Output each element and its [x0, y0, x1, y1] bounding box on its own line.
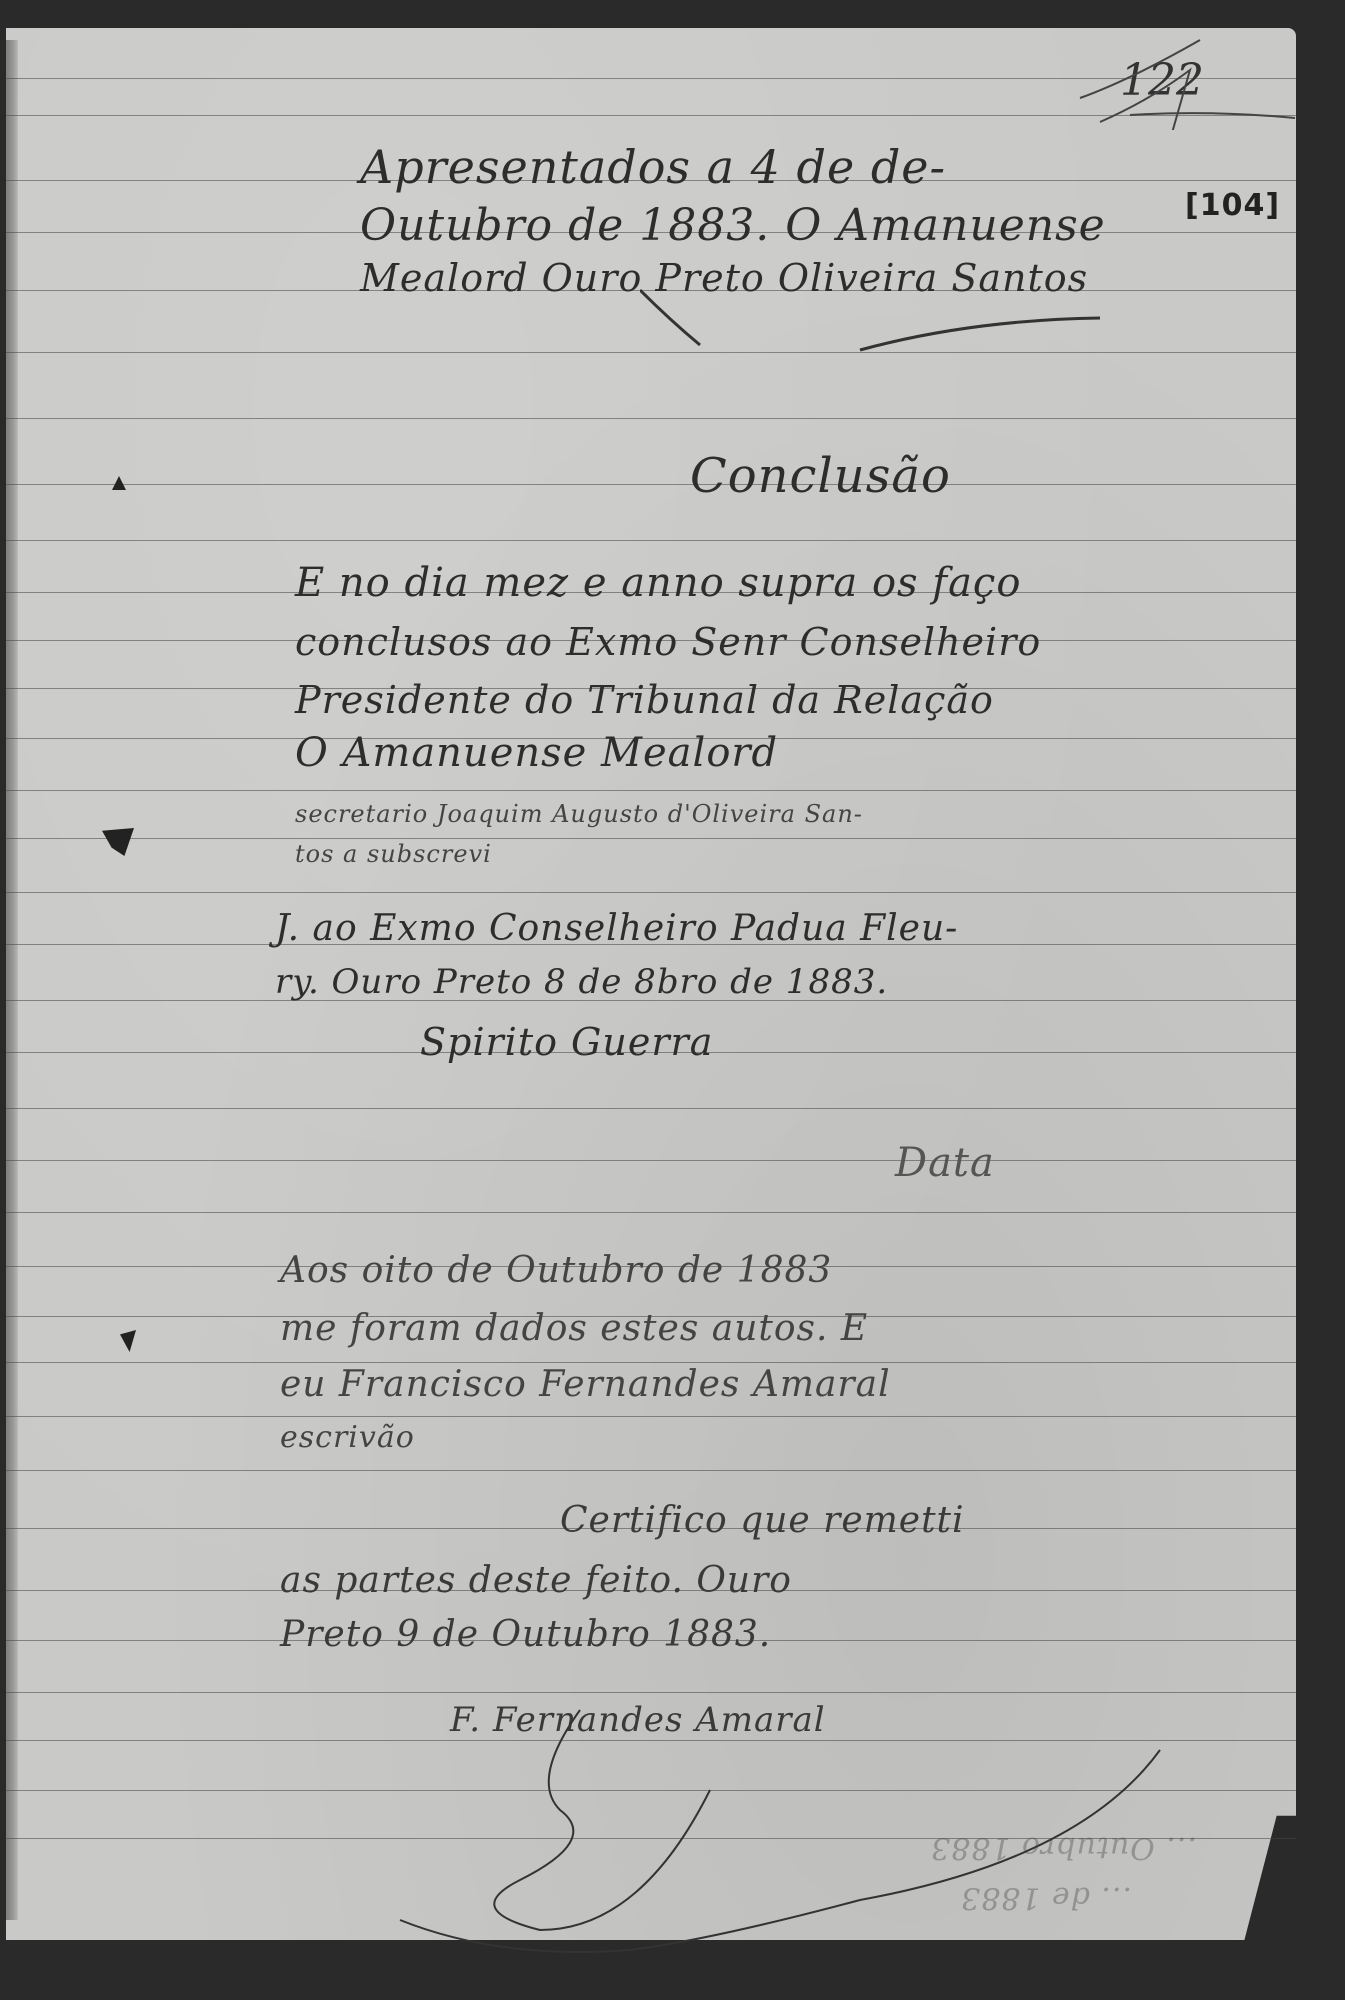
conclusao-line-1: E no dia mez e anno supra os faço — [295, 560, 1021, 606]
certidao-line-2: as partes deste feito. Ouro — [280, 1560, 792, 1601]
conclusao-line-3: Presidente do Tribunal da Relação — [295, 678, 994, 722]
despacho-line-1: J. ao Exmo Conselheiro Padua Fleu- — [275, 908, 958, 949]
conclusao-line-4: O Amanuense Mealord — [295, 730, 778, 776]
binding-edge — [6, 40, 18, 1920]
archive-stamp: [104] — [1185, 188, 1280, 223]
despacho-signature: Spirito Guerra — [420, 1020, 713, 1064]
folio-number: 122 — [1120, 55, 1204, 106]
conclusao-line-6: tos a subscrevi — [295, 840, 492, 868]
data-line-1: Aos oito de Outubro de 1883 — [280, 1250, 832, 1291]
conclusao-line-2: conclusos ao Exmo Senr Conselheiro — [295, 620, 1041, 664]
conclusao-line-5: secretario Joaquim Augusto d'Oliveira Sa… — [295, 800, 863, 828]
presentation-line-1: Apresentados a 4 de de- — [360, 140, 946, 194]
certidao-line-1: Certifico que remetti — [560, 1500, 965, 1541]
data-line-2: me foram dados estes autos. E — [280, 1308, 868, 1349]
data-line-4: escrivão — [280, 1420, 415, 1455]
presentation-line-3: Mealord Ouro Preto Oliveira Santos — [360, 256, 1088, 300]
presentation-line-2: Outubro de 1883. O Amanuense — [360, 200, 1106, 251]
data-line-3: eu Francisco Fernandes Amaral — [280, 1364, 891, 1405]
certidao-signature: F. Fernandes Amaral — [450, 1700, 826, 1740]
certidao-line-3: Preto 9 de Outubro 1883. — [280, 1614, 771, 1655]
bleed-through-line-1: ... Outubro 1883 — [930, 1830, 1197, 1865]
despacho-line-2: ry. Ouro Preto 8 de 8bro de 1883. — [275, 962, 888, 1002]
data-heading: Data — [895, 1140, 995, 1186]
bleed-through-line-2: ... de 1883 — [960, 1880, 1132, 1915]
conclusao-heading: Conclusão — [690, 448, 951, 504]
